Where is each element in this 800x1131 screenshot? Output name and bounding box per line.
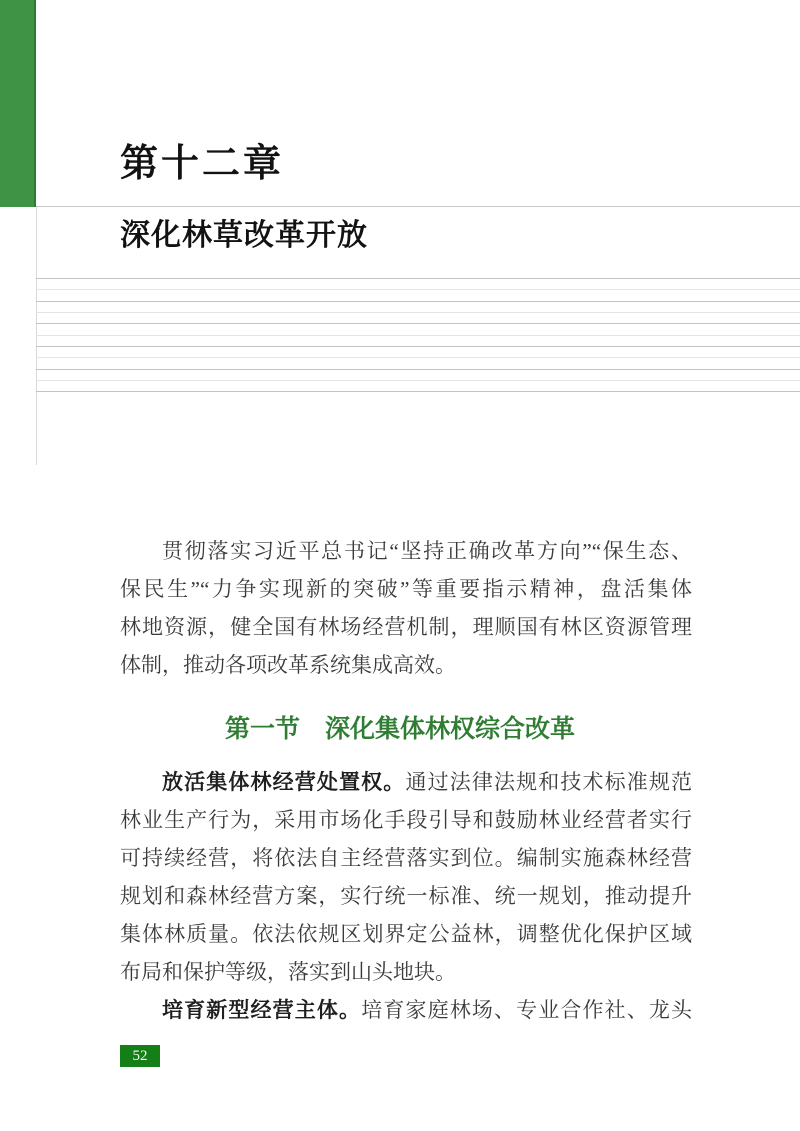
green-accent-bar — [0, 0, 36, 207]
body-line: 集体林质量。依法依规区划界定公益林，调整优化保护区域 — [120, 915, 692, 953]
body-line: 保民生”“力争实现新的突破”等重要指示精神，盘活集体 — [120, 570, 692, 608]
body-line: 林地资源，健全国有林场经营机制，理顺国有林区资源管理 — [120, 608, 692, 646]
paragraph-fanghuo: 放活集体林经营处置权。通过法律法规和技术标准规范 林业生产行为，采用市场化手段引… — [120, 763, 692, 991]
body-line: 林业生产行为，采用市场化手段引导和鼓励林业经营者实行 — [120, 801, 692, 839]
ruled-line — [36, 278, 800, 279]
body-line: 可持续经营，将依法自主经营落实到位。编制实施森林经营 — [120, 839, 692, 877]
ruled-line — [36, 369, 800, 370]
chapter-title: 深化林草改革开放 — [120, 218, 368, 254]
paragraph-lead-bold: 培育新型经营主体。 — [162, 998, 361, 1022]
body-line: 培育新型经营主体。培育家庭林场、专业合作社、龙头 — [120, 991, 692, 1029]
body-line: 贯彻落实习近平总书记“坚持正确改革方向”“保生态、 — [120, 532, 692, 570]
body-line: 布局和保护等级，落实到山头地块。 — [120, 953, 692, 991]
page-number-badge: 52 — [120, 1045, 160, 1067]
document-page: 第十二章 深化林草改革开放 贯彻落实习近平总书记“坚持正确改革方向”“保生态、 … — [0, 0, 800, 1131]
paragraph-peiyu: 培育新型经营主体。培育家庭林场、专业合作社、龙头 — [120, 991, 692, 1029]
body-line: 规划和森林经营方案，实行统一标准、统一规划，推动提升 — [120, 877, 692, 915]
body-line: 体制，推动各项改革系统集成高效。 — [120, 646, 692, 684]
ruled-line — [36, 312, 800, 313]
paragraph-lead-rest: 通过法律法规和技术标准规范 — [405, 770, 692, 794]
ruled-line — [36, 380, 800, 381]
intro-paragraph: 贯彻落实习近平总书记“坚持正确改革方向”“保生态、 保民生”“力争实现新的突破”… — [120, 532, 692, 684]
ruled-line — [36, 357, 800, 358]
chapter-number: 第十二章 — [120, 142, 284, 188]
ruled-line — [36, 301, 800, 302]
ruled-line — [36, 335, 800, 336]
body-line: 放活集体林经营处置权。通过法律法规和技术标准规范 — [120, 763, 692, 801]
paragraph-lead-rest: 培育家庭林场、专业合作社、龙头 — [361, 998, 692, 1022]
section-heading: 第一节 深化集体林权综合改革 — [114, 710, 686, 748]
ruled-line — [36, 391, 800, 392]
left-margin-line — [36, 207, 37, 465]
paragraph-lead-bold: 放活集体林经营处置权。 — [162, 770, 405, 794]
header-divider-line — [36, 206, 800, 207]
ruled-line — [36, 289, 800, 290]
ruled-line — [36, 346, 800, 347]
ruled-line — [36, 323, 800, 324]
